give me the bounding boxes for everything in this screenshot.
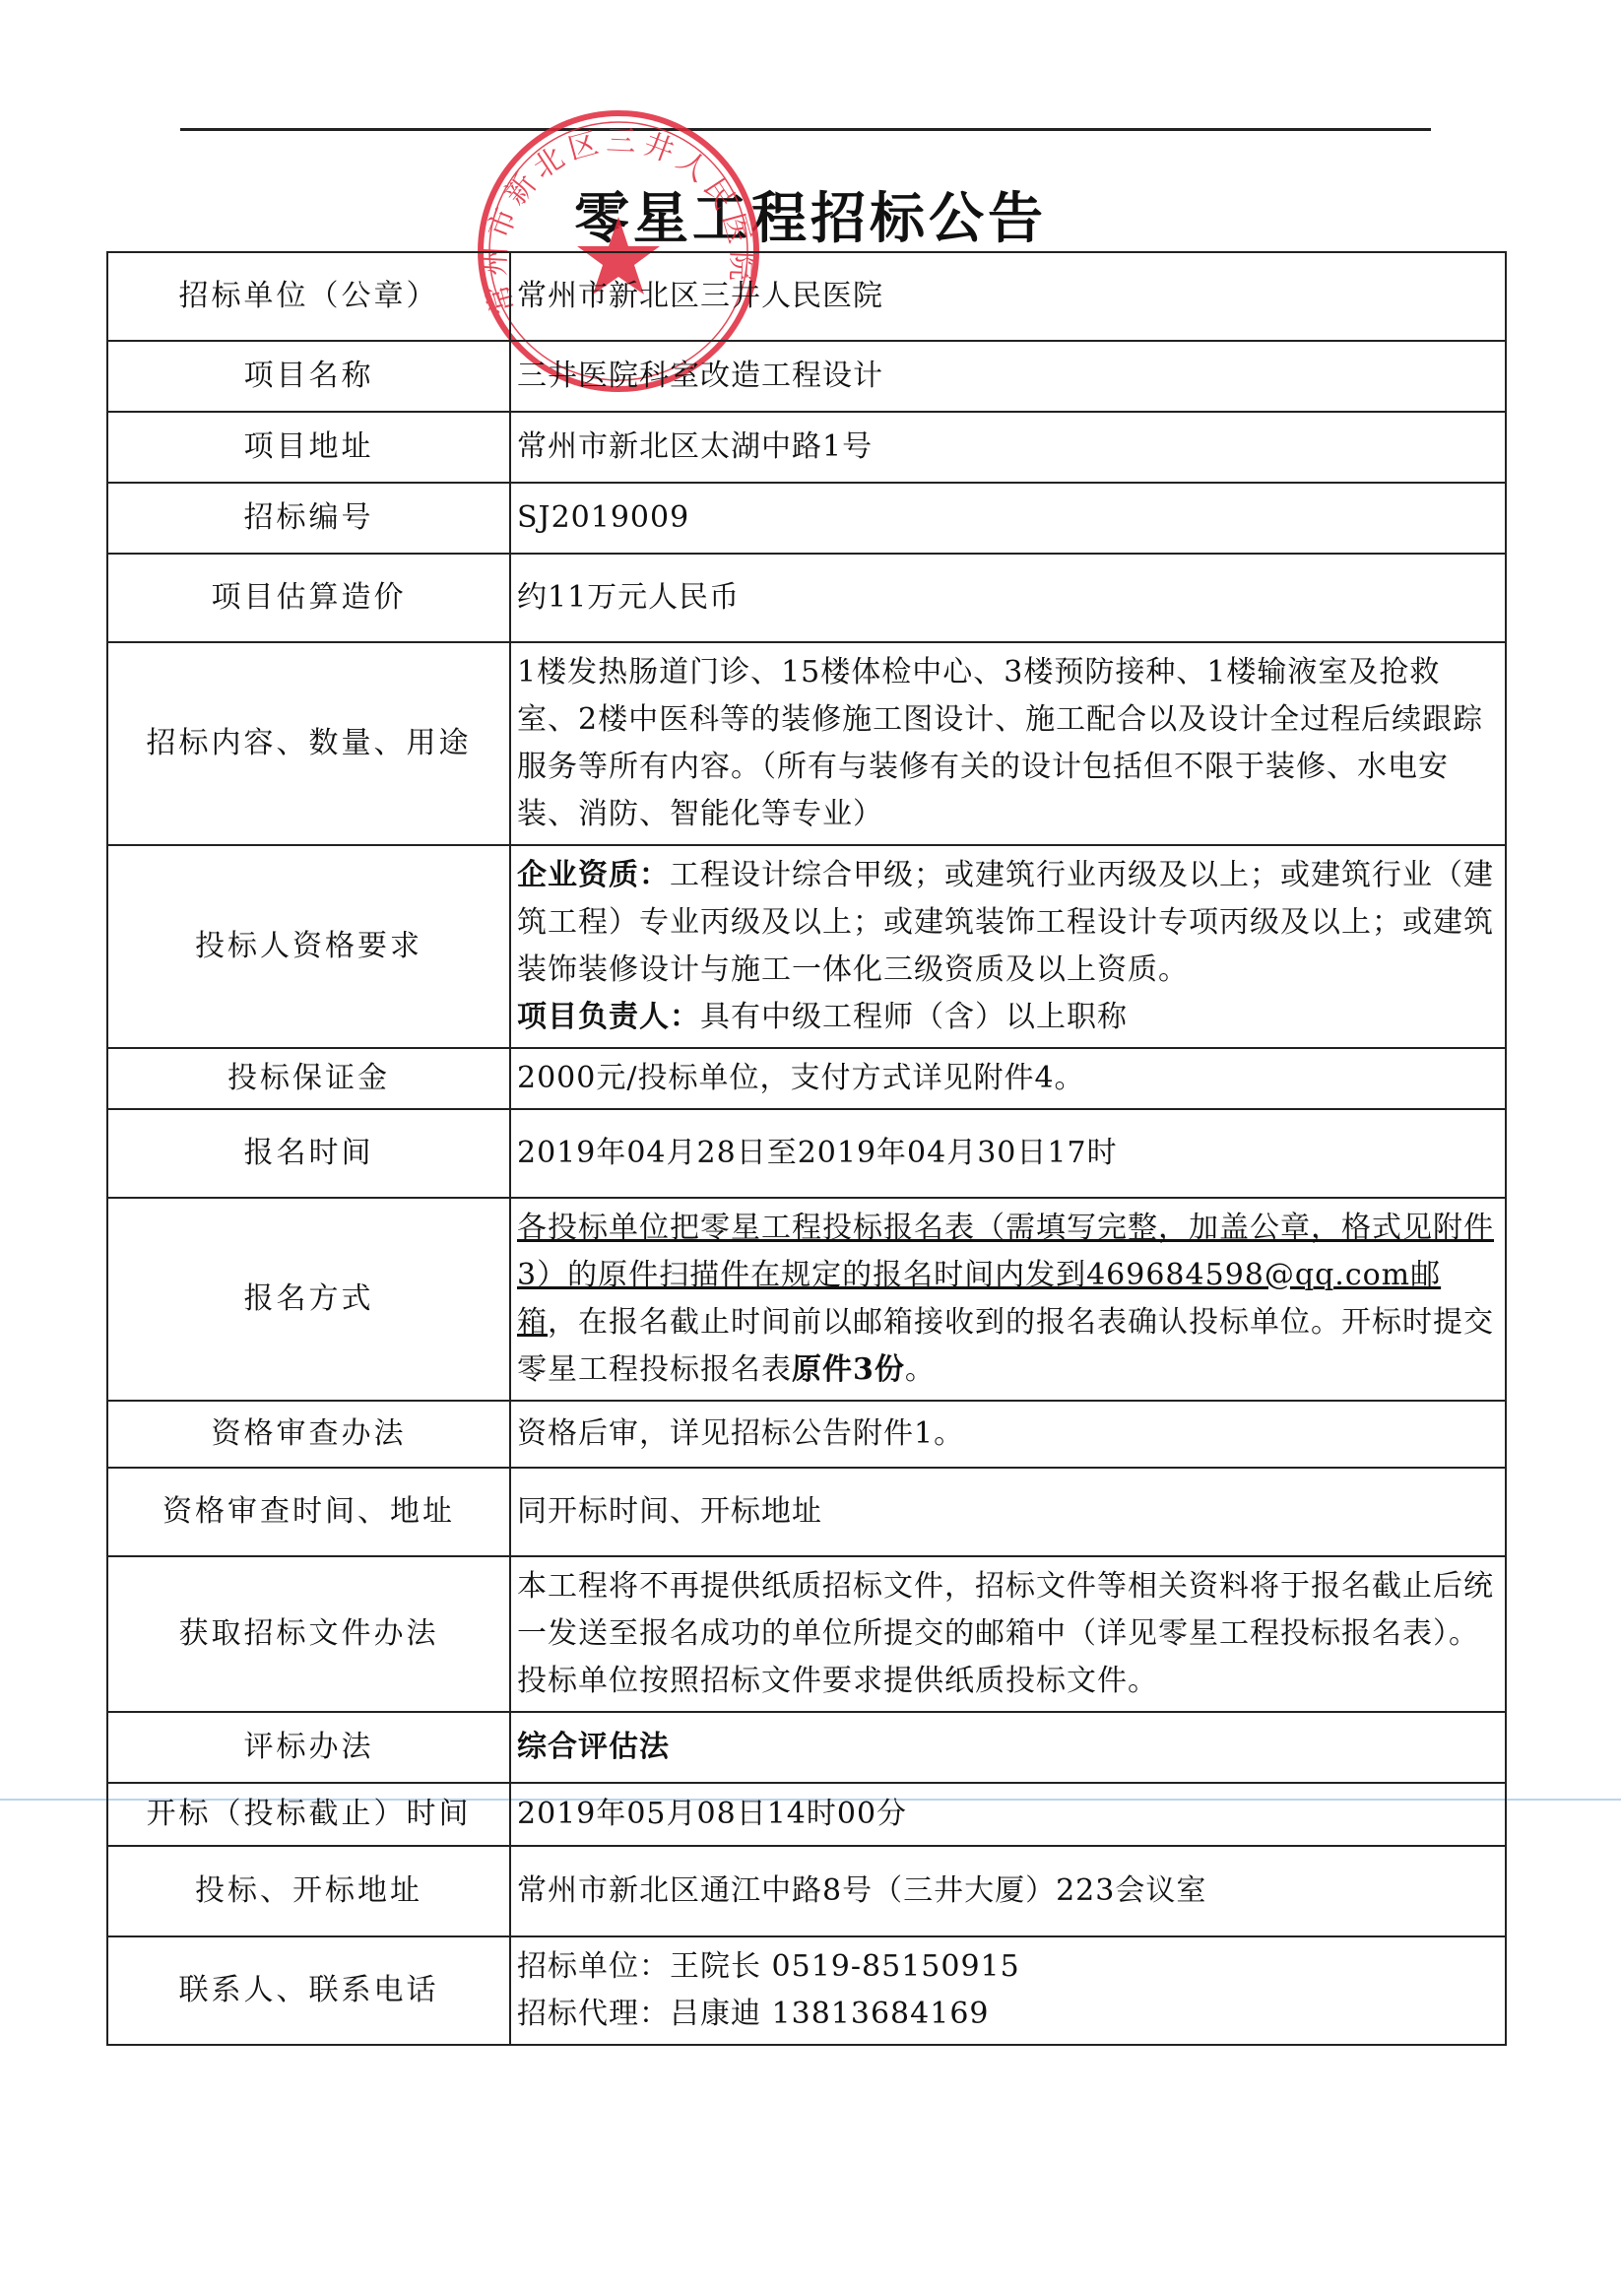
sentence-end: 。 <box>905 1352 936 1387</box>
table-row: 项目名称 三井医院科室改造工程设计 <box>107 341 1506 412</box>
row-value: 同开标时间、开标地址 <box>510 1468 1506 1556</box>
header-rule <box>180 128 1431 131</box>
row-label: 评标办法 <box>107 1712 510 1783</box>
table-row: 获取招标文件办法 本工程将不再提供纸质招标文件，招标文件等相关资料将于报名截止后… <box>107 1556 1506 1712</box>
row-value: 常州市新北区太湖中路1号 <box>510 412 1506 483</box>
table-row: 资格审查办法 资格后审，详见招标公告附件1。 <box>107 1401 1506 1468</box>
table-row: 投标人资格要求 企业资质：工程设计综合甲级；或建筑行业丙级及以上；或建筑行业（建… <box>107 845 1506 1048</box>
agent-contact: 招标代理：吕康迪 13813684169 <box>517 1991 1499 2038</box>
table-row: 资格审查时间、地址 同开标时间、开标地址 <box>107 1468 1506 1556</box>
table-row: 投标保证金 2000元/投标单位，支付方式详见附件4。 <box>107 1048 1506 1109</box>
project-lead-label: 项目负责人： <box>517 1000 700 1034</box>
row-value: 资格后审，详见招标公告附件1。 <box>510 1401 1506 1468</box>
row-value: 三井医院科室改造工程设计 <box>510 341 1506 412</box>
row-label: 获取招标文件办法 <box>107 1556 510 1712</box>
row-value: 招标单位：王院长 0519-85150915 招标代理：吕康迪 13813684… <box>510 1936 1506 2045</box>
tender-notice-table: 招标单位（公章） 常州市新北区三井人民医院 项目名称 三井医院科室改造工程设计 … <box>106 251 1507 2046</box>
row-value: 本工程将不再提供纸质招标文件，招标文件等相关资料将于报名截止后统一发送至报名成功… <box>510 1556 1506 1712</box>
table-row: 评标办法 综合评估法 <box>107 1712 1506 1783</box>
qualification-label: 企业资质： <box>517 858 670 892</box>
row-label: 招标编号 <box>107 483 510 554</box>
row-label: 资格审查办法 <box>107 1401 510 1468</box>
table-row: 报名时间 2019年04月28日至2019年04月30日17时 <box>107 1109 1506 1198</box>
table-row: 项目估算造价 约11万元人民币 <box>107 554 1506 642</box>
table-row: 联系人、联系电话 招标单位：王院长 0519-85150915 招标代理：吕康迪… <box>107 1936 1506 2045</box>
table-row: 招标编号 SJ2019009 <box>107 483 1506 554</box>
project-lead-value: 具有中级工程师（含）以上职称 <box>700 1000 1128 1034</box>
table-row: 项目地址 常州市新北区太湖中路1号 <box>107 412 1506 483</box>
row-label: 项目名称 <box>107 341 510 412</box>
row-label: 报名时间 <box>107 1109 510 1198</box>
registration-method-text: ，在报名截止时间前以邮箱接收到的报名表确认投标单位。开标时提交零星工程投标报名表 <box>517 1305 1494 1387</box>
row-value: 企业资质：工程设计综合甲级；或建筑行业丙级及以上；或建筑行业（建筑工程）专业丙级… <box>510 845 1506 1048</box>
row-value: SJ2019009 <box>510 483 1506 554</box>
row-label: 资格审查时间、地址 <box>107 1468 510 1556</box>
table-row: 投标、开标地址 常州市新北区通江中路8号（三井大厦）223会议室 <box>107 1846 1506 1936</box>
row-label: 报名方式 <box>107 1198 510 1401</box>
row-value: 2019年05月08日14时00分 <box>510 1783 1506 1846</box>
document-title: 零星工程招标公告 <box>0 175 1621 254</box>
tenderer-contact: 招标单位：王院长 0519-85150915 <box>517 1943 1499 1991</box>
row-value: 1楼发热肠道门诊、15楼体检中心、3楼预防接种、1楼输液室及抢救室、2楼中医科等… <box>510 642 1506 845</box>
row-value: 约11万元人民币 <box>510 554 1506 642</box>
table-row: 招标单位（公章） 常州市新北区三井人民医院 <box>107 252 1506 341</box>
table-row: 招标内容、数量、用途 1楼发热肠道门诊、15楼体检中心、3楼预防接种、1楼输液室… <box>107 642 1506 845</box>
original-copies-text: 原件3份 <box>792 1352 905 1387</box>
row-value: 常州市新北区三井人民医院 <box>510 252 1506 341</box>
row-label: 联系人、联系电话 <box>107 1936 510 2045</box>
row-label: 招标内容、数量、用途 <box>107 642 510 845</box>
row-label: 投标人资格要求 <box>107 845 510 1048</box>
row-value: 常州市新北区通江中路8号（三井大厦）223会议室 <box>510 1846 1506 1936</box>
row-value: 各投标单位把零星工程投标报名表（需填写完整，加盖公章，格式见附件3）的原件扫描件… <box>510 1198 1506 1401</box>
row-value: 综合评估法 <box>510 1712 1506 1783</box>
table-row: 开标（投标截止）时间 2019年05月08日14时00分 <box>107 1783 1506 1846</box>
row-label: 项目估算造价 <box>107 554 510 642</box>
row-label: 投标保证金 <box>107 1048 510 1109</box>
row-value: 2000元/投标单位，支付方式详见附件4。 <box>510 1048 1506 1109</box>
row-label: 开标（投标截止）时间 <box>107 1783 510 1846</box>
row-label: 项目地址 <box>107 412 510 483</box>
row-value: 2019年04月28日至2019年04月30日17时 <box>510 1109 1506 1198</box>
row-label: 招标单位（公章） <box>107 252 510 341</box>
table-row: 报名方式 各投标单位把零星工程投标报名表（需填写完整，加盖公章，格式见附件3）的… <box>107 1198 1506 1401</box>
row-label: 投标、开标地址 <box>107 1846 510 1936</box>
